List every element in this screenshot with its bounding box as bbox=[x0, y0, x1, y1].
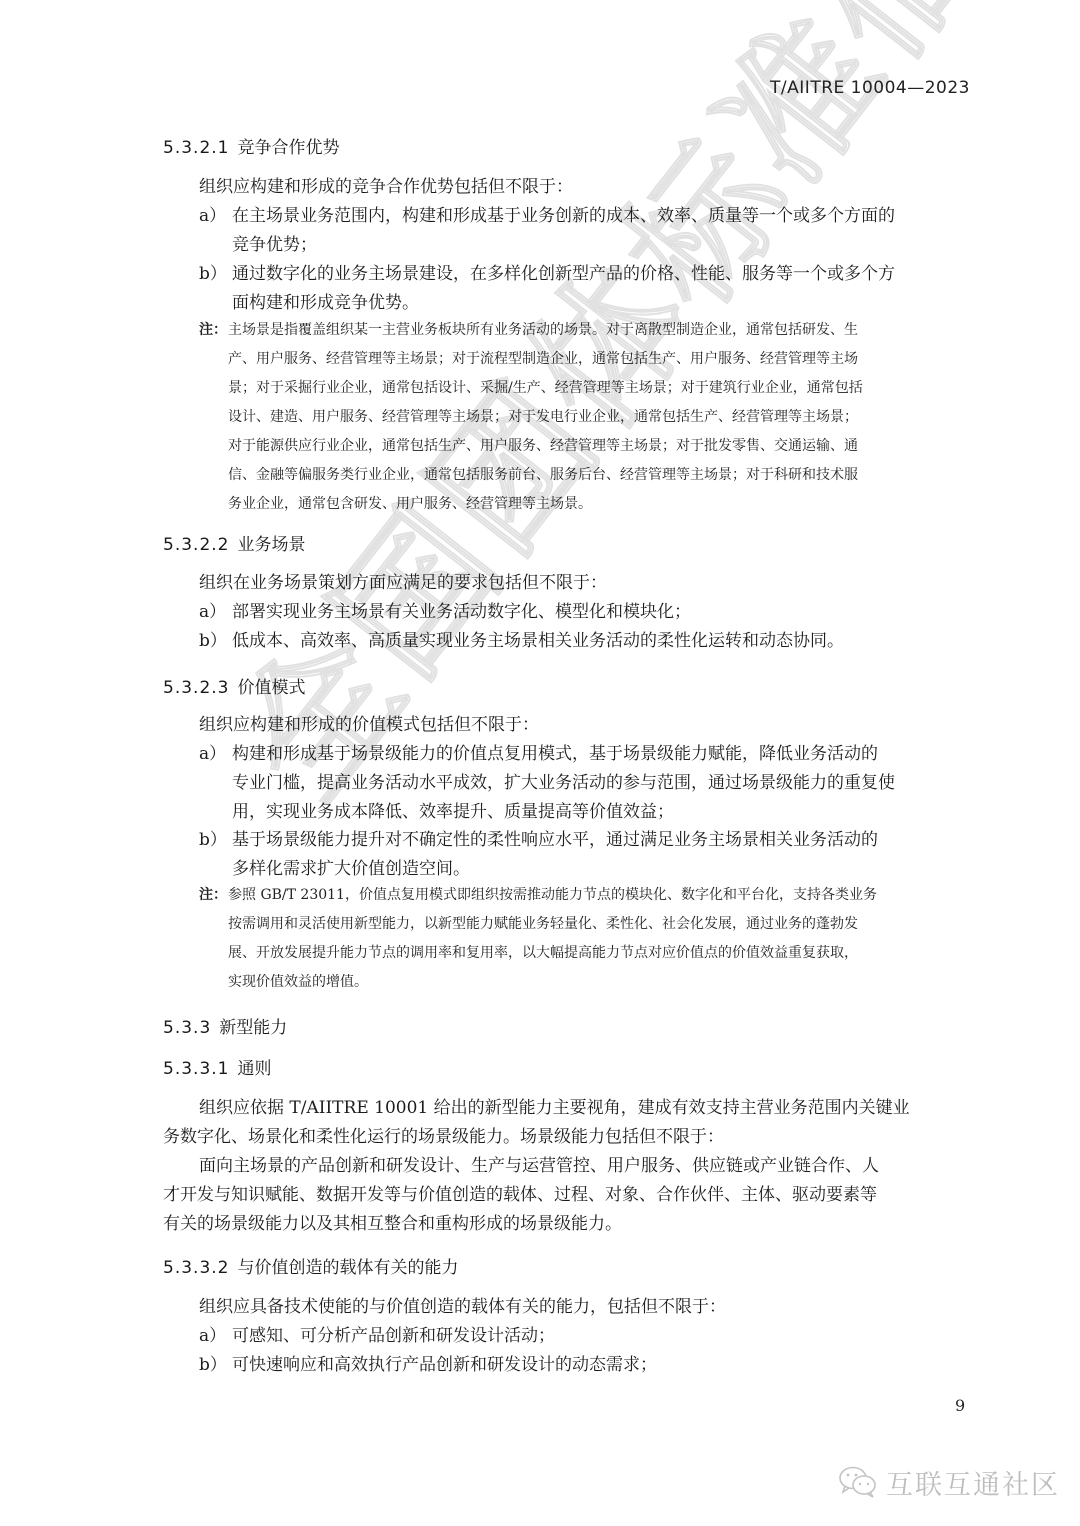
heading-title: 业务场景 bbox=[237, 535, 305, 555]
list-marker: a） bbox=[199, 740, 226, 769]
list-text: 竞争优势； bbox=[232, 231, 317, 260]
paragraph: 组织应具备技术使能的与价值创造的载体有关的能力，包括但不限于： bbox=[199, 1293, 726, 1322]
list-marker: b） bbox=[199, 826, 227, 855]
heading-533: 5.3.3新型能力 bbox=[163, 1013, 287, 1038]
list-text: 构建和形成基于场景级能力的价值点复用模式，基于场景级能力赋能，降低业务活动的 bbox=[232, 740, 878, 769]
list-marker: a） bbox=[199, 202, 226, 231]
paragraph: 组织在业务场景策划方面应满足的要求包括但不限于： bbox=[199, 569, 607, 598]
note-text: 按需调用和灵活使用新型能力，以新型能力赋能业务轻量化、柔性化、社会化发展，通过业… bbox=[228, 910, 858, 939]
list-text: 用，实现业务成本降低、效率提升、质量提高等价值效益； bbox=[232, 798, 674, 827]
list-text: 多样化需求扩大价值创造空间。 bbox=[232, 855, 470, 884]
list-marker: b） bbox=[199, 627, 227, 656]
heading-number: 5.3.3.1 bbox=[163, 1059, 229, 1079]
heading-number: 5.3.3.2 bbox=[163, 1258, 229, 1278]
list-marker: a） bbox=[199, 598, 226, 627]
heading-title: 新型能力 bbox=[219, 1018, 287, 1038]
note-text: 信、金融等偏服务类行业企业，通常包括服务前台、服务后台、经营管理等主场景；对于科… bbox=[228, 461, 858, 490]
heading-5322: 5.3.2.2业务场景 bbox=[163, 530, 305, 555]
heading-5331: 5.3.3.1通则 bbox=[163, 1054, 271, 1079]
paragraph: 组织应依据 T/AIITRE 10001 给出的新型能力主要视角，建成有效支持主… bbox=[199, 1094, 910, 1123]
heading-5323: 5.3.2.3价值模式 bbox=[163, 673, 305, 698]
heading-title: 与价值创造的载体有关的能力 bbox=[237, 1258, 458, 1278]
heading-number: 5.3.3 bbox=[163, 1018, 211, 1038]
footer-brand: 互联互通社区 bbox=[838, 1462, 1060, 1502]
list-text: 在主场景业务范围内，构建和形成基于业务创新的成本、效率、质量等一个或多个方面的 bbox=[232, 202, 895, 231]
list-text: 专业门槛，提高业务活动水平成效，扩大业务活动的参与范围，通过场景级能力的重复使 bbox=[232, 769, 895, 798]
list-text: 部署实现业务主场景有关业务活动数字化、模型化和模块化； bbox=[232, 598, 691, 627]
note-text: 参照 GB/T 23011，价值点复用模式即组织按需推动能力节点的模块化、数字化… bbox=[228, 881, 877, 910]
note-text: 景；对于采掘行业企业，通常包括设计、采掘/生产、经营管理等主场景；对于建筑行业企… bbox=[228, 374, 863, 403]
wechat-icon bbox=[838, 1465, 878, 1499]
document-page: 全国团体标准信息平台 T/AIITRE 10004—2023 5.3.2.1竞争… bbox=[0, 0, 1080, 1526]
heading-number: 5.3.2.3 bbox=[163, 678, 229, 698]
list-marker: a） bbox=[199, 1322, 226, 1351]
heading-5332: 5.3.3.2与价值创造的载体有关的能力 bbox=[163, 1253, 458, 1278]
list-text: 通过数字化的业务主场景建设，在多样化创新型产品的价格、性能、服务等一个或多个方 bbox=[232, 260, 895, 289]
note-text: 对于能源供应行业企业，通常包括生产、用户服务、经营管理等主场景；对于批发零售、交… bbox=[228, 432, 858, 461]
list-marker: b） bbox=[199, 1351, 227, 1380]
list-marker: b） bbox=[199, 260, 227, 289]
list-text: 可感知、可分析产品创新和研发设计活动； bbox=[232, 1322, 555, 1351]
note-text: 展、开放发展提升能力节点的调用率和复用率，以大幅提高能力节点对应价值点的价值效益… bbox=[228, 939, 858, 968]
document-id: T/AIITRE 10004—2023 bbox=[770, 78, 970, 98]
list-text: 面构建和形成竞争优势。 bbox=[232, 289, 419, 318]
heading-title: 竞争合作优势 bbox=[237, 138, 339, 158]
note-text: 产、用户服务、经营管理等主场景；对于流程型制造企业，通常包括生产、用户服务、经营… bbox=[228, 345, 858, 374]
paragraph: 务数字化、场景化和柔性化运行的场景级能力。场景级能力包括但不限于： bbox=[163, 1123, 724, 1152]
brand-name: 互联互通社区 bbox=[886, 1463, 1060, 1502]
heading-title: 价值模式 bbox=[237, 678, 305, 698]
list-text: 基于场景级能力提升对不确定性的柔性响应水平，通过满足业务主场景相关业务活动的 bbox=[232, 826, 878, 855]
note-marker: 注： bbox=[199, 316, 227, 345]
list-text: 低成本、高效率、高质量实现业务主场景相关业务活动的柔性化运转和动态协同。 bbox=[232, 627, 844, 656]
page-number: 9 bbox=[955, 1396, 965, 1415]
paragraph: 组织应构建和形成的价值模式包括但不限于： bbox=[199, 711, 539, 740]
paragraph: 有关的场景级能力以及其相互整合和重构形成的场景级能力。 bbox=[163, 1210, 622, 1239]
heading-number: 5.3.2.2 bbox=[163, 535, 229, 555]
paragraph: 面向主场景的产品创新和研发设计、生产与运营管控、用户服务、供应链或产业链合作、人 bbox=[199, 1152, 879, 1181]
note-text: 设计、建造、用户服务、经营管理等主场景；对于发电行业企业，通常包括生产、经营管理… bbox=[228, 403, 858, 432]
heading-title: 通则 bbox=[237, 1059, 271, 1079]
note-marker: 注： bbox=[199, 881, 227, 910]
paragraph: 才开发与知识赋能、数据开发等与价值创造的载体、过程、对象、合作伙伴、主体、驱动要… bbox=[163, 1181, 877, 1210]
note-text: 实现价值效益的增值。 bbox=[228, 968, 368, 997]
heading-number: 5.3.2.1 bbox=[163, 138, 229, 158]
note-text: 务业企业，通常包含研发、用户服务、经营管理等主场景。 bbox=[228, 490, 592, 519]
list-text: 可快速响应和高效执行产品创新和研发设计的动态需求； bbox=[232, 1351, 657, 1380]
heading-5321: 5.3.2.1竞争合作优势 bbox=[163, 133, 339, 158]
note-text: 主场景是指覆盖组织某一主营业务板块所有业务活动的场景。对于离散型制造企业，通常包… bbox=[228, 316, 858, 345]
paragraph: 组织应构建和形成的竞争合作优势包括但不限于： bbox=[199, 173, 573, 202]
